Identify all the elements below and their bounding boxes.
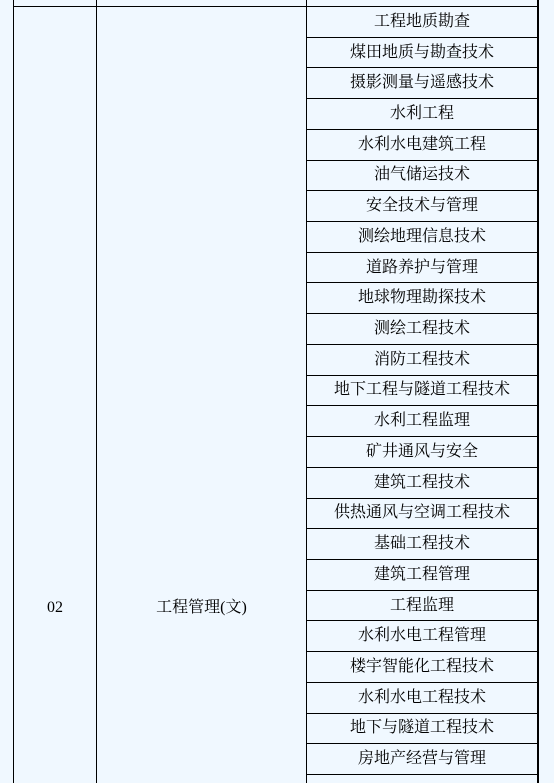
table-row: 工程地质勘查 — [307, 7, 537, 38]
table-row: 地下工程与隧道工程技术 — [307, 376, 537, 407]
table-row: 基础工程技术 — [307, 529, 537, 560]
table-row: 房地产经营与管理 — [307, 744, 537, 775]
table-row: 测绘工程技术 — [307, 314, 537, 345]
table-row: 矿井通风与安全 — [307, 437, 537, 468]
table-outer-left-border — [13, 0, 14, 783]
table-row: 建筑工程技术 — [307, 468, 537, 499]
table-row: 水利水电建筑工程 — [307, 130, 537, 161]
table-row: 测绘地理信息技术 — [307, 222, 537, 253]
table-row: 道路养护与管理 — [307, 253, 537, 284]
table-row: 地下与隧道工程技术 — [307, 714, 537, 745]
category-code-cell: 02 — [14, 600, 96, 616]
table-row: 摄影测量与遥感技术 — [307, 68, 537, 99]
table-outer-right-border — [537, 0, 539, 783]
table-row: 水利水电工程技术 — [307, 683, 537, 714]
table-row: 水利工程监理 — [307, 406, 537, 437]
table-row: 建筑工程管理 — [307, 560, 537, 591]
table-row: 水利工程 — [307, 99, 537, 130]
code-name-divider — [96, 0, 97, 783]
table-row: 水利水电工程管理 — [307, 621, 537, 652]
table-row: 安全技术与管理 — [307, 191, 537, 222]
table-row: 楼宇智能化工程技术 — [307, 652, 537, 683]
table-row: 油气储运技术 — [307, 161, 537, 192]
category-name-cell: 工程管理(文) — [97, 600, 306, 616]
table-row: 供热通风与空调工程技术 — [307, 499, 537, 530]
majors-table: 02 工程管理(文) 工程地质勘查 煤田地质与勘查技术 摄影测量与遥感技术 水利… — [0, 0, 554, 783]
majors-column: 工程地质勘查 煤田地质与勘查技术 摄影测量与遥感技术 水利工程 水利水电建筑工程… — [307, 7, 537, 775]
table-row: 消防工程技术 — [307, 345, 537, 376]
table-row: 煤田地质与勘查技术 — [307, 38, 537, 69]
table-row: 工程监理 — [307, 591, 537, 622]
table-row: 地球物理勘探技术 — [307, 283, 537, 314]
